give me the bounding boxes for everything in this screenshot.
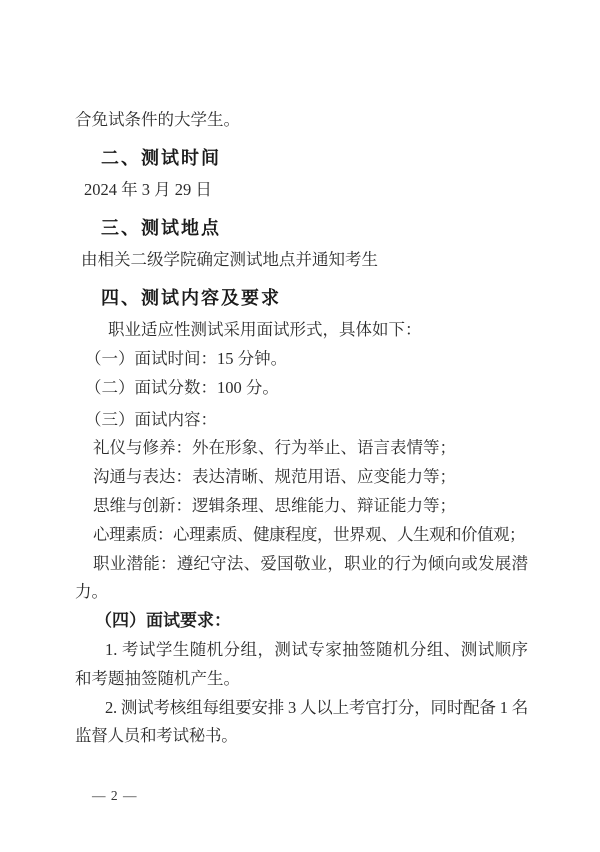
list-item-interview-time: （一）面试时间：15 分钟。 (75, 345, 528, 374)
body-paragraph: 礼仪与修养：外在形象、行为举止、语言表情等； (75, 434, 528, 463)
sub-heading-interview-requirements: （四）面试要求： (75, 607, 528, 636)
date-line: 2024 年 3 月 29 日 (75, 176, 528, 205)
list-item-interview-score: （二）面试分数：100 分。 (75, 374, 528, 403)
section-heading-test-time: 二、测试时间 (75, 144, 528, 173)
body-paragraph: 职业适应性测试采用面试形式，具体如下： (75, 316, 528, 345)
body-paragraph-continuation: 合免试条件的大学生。 (75, 106, 528, 135)
body-paragraph: 思维与创新：逻辑条理、思维能力、辩证能力等； (75, 492, 528, 521)
body-paragraph: 职业潜能：遵纪守法、爱国敬业，职业的行为倾向或发展潜力。 (75, 550, 528, 608)
document-page: 合免试条件的大学生。 二、测试时间 2024 年 3 月 29 日 三、测试地点… (0, 0, 600, 852)
body-paragraph: 沟通与表达：表达清晰、规范用语、应变能力等； (75, 463, 528, 492)
list-item-interview-content: （三）面试内容： (75, 406, 528, 435)
body-paragraph: 心理素质：心理素质、健康程度，世界观、人生观和价值观； (75, 521, 528, 550)
section-heading-test-content: 四、测试内容及要求 (75, 284, 528, 313)
numbered-item-2: 2. 测试考核组每组要安排 3 人以上考官打分，同时配备 1 名监督人员和考试秘… (75, 694, 528, 752)
numbered-item-1: 1. 考试学生随机分组，测试专家抽签随机分组、测试顺序和考题抽签随机产生。 (75, 636, 528, 694)
section-heading-test-place: 三、测试地点 (75, 214, 528, 243)
body-paragraph: 由相关二级学院确定测试地点并通知考生 (75, 246, 528, 275)
page-number: — 2 — (92, 787, 138, 805)
